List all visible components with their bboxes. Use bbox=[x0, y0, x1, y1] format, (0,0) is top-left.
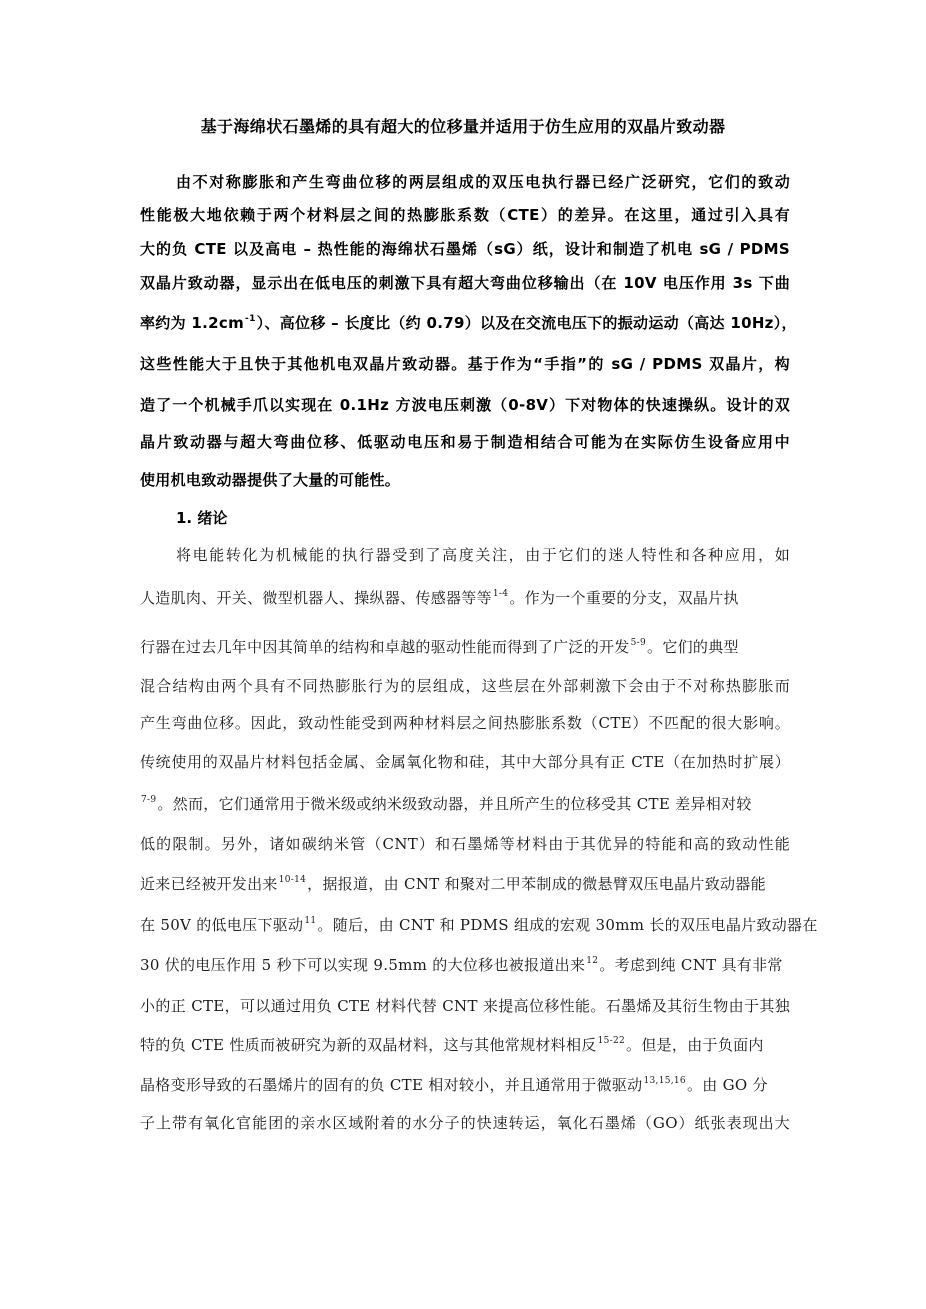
body-line: 近来已经被开发出来10-14，据报道，由 CNT 和聚对二甲苯制成的微悬臂双压电… bbox=[140, 874, 790, 894]
body-line: 产生弯曲位移。因此，致动性能受到两种材料层之间热膨胀系数（CTE）不匹配的很大影… bbox=[140, 713, 790, 733]
abstract-line: 使用机电致动器提供了大量的可能性。 bbox=[140, 470, 790, 490]
body-text-segment: 。然而，它们通常用于微米级或纳米级致动器，并且所产生的位移受其 CTE 差异相对… bbox=[157, 795, 751, 813]
citation: 10-14 bbox=[279, 875, 306, 885]
body-line: 将电能转化为机械能的执行器受到了高度关注，由于它们的迷人特性和各种应用，如 bbox=[140, 545, 790, 565]
abstract-line: 造了一个机械手爪以实现在 0.1Hz 方波电压刺激（0-8V）下对物体的快速操纵… bbox=[140, 395, 790, 415]
citation: 7-9 bbox=[141, 795, 156, 805]
body-text-segment: 行器在过去几年中因其简单的结构和卓越的驱动性能而得到了广泛的开发 bbox=[140, 638, 630, 656]
body-text-segment: 在 50V 的低电压下驱动 bbox=[140, 916, 303, 934]
body-text-segment: 。随后，由 CNT 和 PDMS 组成的宏观 30mm 长的双压电晶片致动器在 bbox=[317, 916, 817, 934]
body-line: 人造肌肉、开关、微型机器人、操纵器、传感器等等1-4。作为一个重要的分支，双晶片… bbox=[140, 588, 790, 608]
body-text-segment: 人造肌肉、开关、微型机器人、操纵器、传感器等等 bbox=[140, 589, 492, 607]
paper-title: 基于海绵状石墨烯的具有超大的位移量并适用于仿生应用的双晶片致动器 bbox=[0, 116, 926, 138]
abstract-text: 率约为 1.2cm bbox=[140, 314, 244, 332]
citation: 15-22 bbox=[598, 1036, 625, 1046]
body-text-segment: 。它们的典型 bbox=[647, 638, 739, 656]
body-line: 低的限制。另外，诸如碳纳米管（CNT）和石墨烯等材料由于其优异的特能和高的致动性… bbox=[140, 834, 790, 854]
body-line: 在 50V 的低电压下驱动11。随后，由 CNT 和 PDMS 组成的宏观 30… bbox=[140, 915, 790, 935]
body-text-segment: 。但是，由于负面内 bbox=[626, 1036, 764, 1054]
citation: 12 bbox=[586, 956, 598, 966]
body-line: 传统使用的双晶片材料包括金属、金属氧化物和硅，其中大部分具有正 CTE（在加热时… bbox=[140, 752, 790, 772]
body-text-segment: ，据报道，由 CNT 和聚对二甲苯制成的微悬臂双压电晶片致动器能 bbox=[307, 875, 766, 893]
citation: 11 bbox=[304, 916, 316, 926]
abstract-line: 率约为 1.2cm-1）、高位移 – 长度比（约 0.79）以及在交流电压下的振… bbox=[140, 313, 790, 333]
body-text-segment: 30 伏的电压作用 5 秒下可以实现 9.5mm 的大位移也被报道出来 bbox=[140, 956, 585, 974]
body-text-segment: 。作为一个重要的分支，双晶片执 bbox=[509, 589, 739, 607]
abstract-line: 性能极大地依赖于两个材料层之间的热膨胀系数（CTE）的差异。在这里，通过引入具有 bbox=[140, 205, 790, 225]
body-line: 晶格变形导致的石墨烯片的固有的负 CTE 相对较小，并且通常用于微驱动13,15… bbox=[140, 1075, 790, 1095]
body-line: 子上带有氧化官能团的亲水区域附着的水分子的快速转运，氧化石墨烯（GO）纸张表现出… bbox=[140, 1113, 790, 1133]
abstract-line: 由不对称膨胀和产生弯曲位移的两层组成的双压电执行器已经广泛研究，它们的致动 bbox=[140, 172, 790, 192]
body-line: 7-9。然而，它们通常用于微米级或纳米级致动器，并且所产生的位移受其 CTE 差… bbox=[140, 794, 790, 814]
body-text-segment: 。考虑到纯 CNT 具有非常 bbox=[599, 956, 782, 974]
abstract-text: ）、高位移 – 长度比（约 0.79）以及在交流电压下的振动运动（高达 10Hz… bbox=[257, 314, 797, 332]
superscript: -1 bbox=[245, 314, 256, 324]
body-text-segment: 。由 GO 分 bbox=[687, 1076, 768, 1094]
body-line: 混合结构由两个具有不同热膨胀行为的层组成，这些层在外部刺激下会由于不对称热膨胀而 bbox=[140, 676, 790, 696]
body-line: 30 伏的电压作用 5 秒下可以实现 9.5mm 的大位移也被报道出来12。考虑… bbox=[140, 955, 790, 975]
body-text-segment: 晶格变形导致的石墨烯片的固有的负 CTE 相对较小，并且通常用于微驱动 bbox=[140, 1076, 642, 1094]
abstract-line: 这些性能大于且快于其他机电双晶片致动器。基于作为“手指”的 sG / PDMS … bbox=[140, 354, 790, 374]
citation: 5-9 bbox=[631, 638, 646, 648]
citation: 1-4 bbox=[493, 589, 508, 599]
body-text-segment: 近来已经被开发出来 bbox=[140, 875, 278, 893]
citation: 13,15,16 bbox=[643, 1076, 685, 1086]
abstract-line: 双晶片致动器，显示出在低电压的刺激下具有超大弯曲位移输出（在 10V 电压作用 … bbox=[140, 273, 790, 293]
abstract-line: 晶片致动器与超大弯曲位移、低驱动电压和易于制造相结合可能为在实际仿生设备应用中 bbox=[140, 432, 790, 452]
body-line: 小的正 CTE，可以通过用负 CTE 材料代替 CNT 来提高位移性能。石墨烯及… bbox=[140, 996, 790, 1016]
abstract-line: 大的负 CTE 以及高电 – 热性能的海绵状石墨烯（sG）纸，设计和制造了机电 … bbox=[140, 239, 790, 259]
body-line: 特的负 CTE 性质而被研究为新的双晶材料，这与其他常规材料相反15-22。但是… bbox=[140, 1035, 790, 1055]
section-heading: 1. 绪论 bbox=[176, 508, 227, 528]
body-text-segment: 特的负 CTE 性质而被研究为新的双晶材料，这与其他常规材料相反 bbox=[140, 1036, 597, 1054]
body-line: 行器在过去几年中因其简单的结构和卓越的驱动性能而得到了广泛的开发5-9。它们的典… bbox=[140, 637, 790, 657]
